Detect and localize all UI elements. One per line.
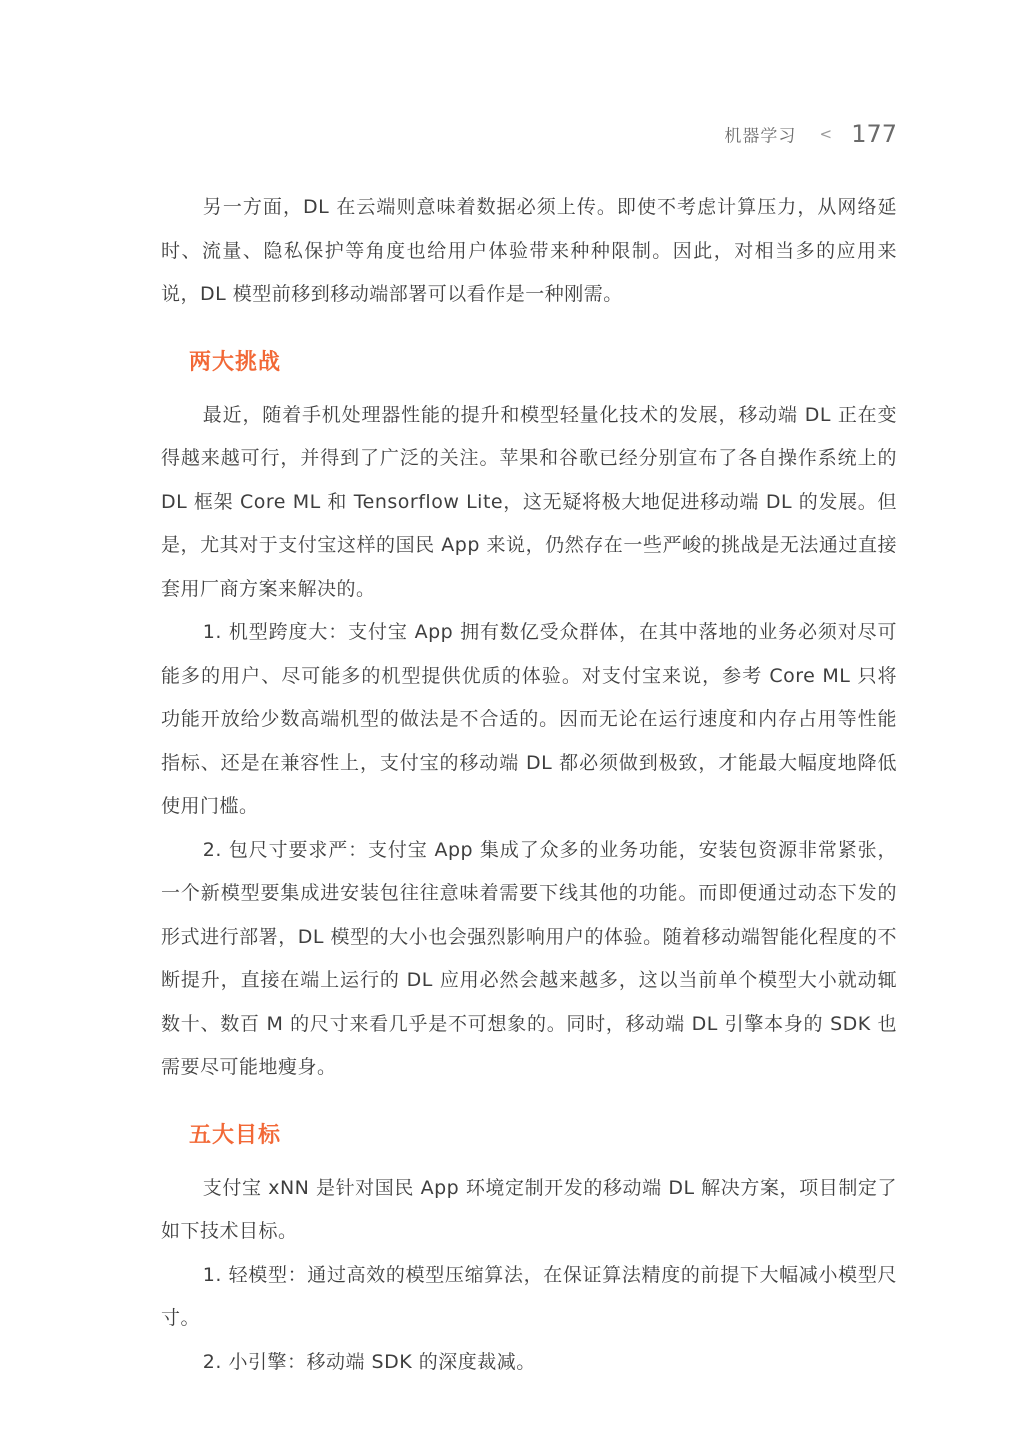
running-head: 机器学习 < 177 xyxy=(161,120,897,152)
paragraph-goal-2: 2. 小引擎：移动端 SDK 的深度裁减。 xyxy=(161,1341,897,1385)
paragraph-goal-1: 1. 轻模型：通过高效的模型压缩算法，在保证算法精度的前提下大幅减小模型尺寸。 xyxy=(161,1254,897,1341)
paragraph-challenges-intro: 最近，随着手机处理器性能的提升和模型轻量化技术的发展，移动端 DL 正在变得越来… xyxy=(161,394,897,612)
paragraph-challenge-2: 2. 包尺寸要求严：支付宝 App 集成了众多的业务功能，安装包资源非常紧张，一… xyxy=(161,829,897,1090)
heading-five-goals: 五大目标 xyxy=(189,1121,897,1151)
page-number: 177 xyxy=(851,120,897,148)
running-head-section-title: 机器学习 xyxy=(724,127,796,147)
heading-two-challenges: 两大挑战 xyxy=(189,348,897,378)
paragraph-goals-intro: 支付宝 xNN 是针对国民 App 环境定制开发的移动端 DL 解决方案，项目制… xyxy=(161,1167,897,1254)
page-body: 另一方面，DL 在云端则意味着数据必须上传。即使不考虑计算压力，从网络延时、流量… xyxy=(161,186,897,1384)
document-page: 机器学习 < 177 另一方面，DL 在云端则意味着数据必须上传。即使不考虑计算… xyxy=(0,0,1031,1440)
running-head-separator: < xyxy=(820,125,833,143)
paragraph-challenge-1: 1. 机型跨度大：支付宝 App 拥有数亿受众群体，在其中落地的业务必须对尽可能… xyxy=(161,611,897,829)
paragraph-intro: 另一方面，DL 在云端则意味着数据必须上传。即使不考虑计算压力，从网络延时、流量… xyxy=(161,186,897,317)
